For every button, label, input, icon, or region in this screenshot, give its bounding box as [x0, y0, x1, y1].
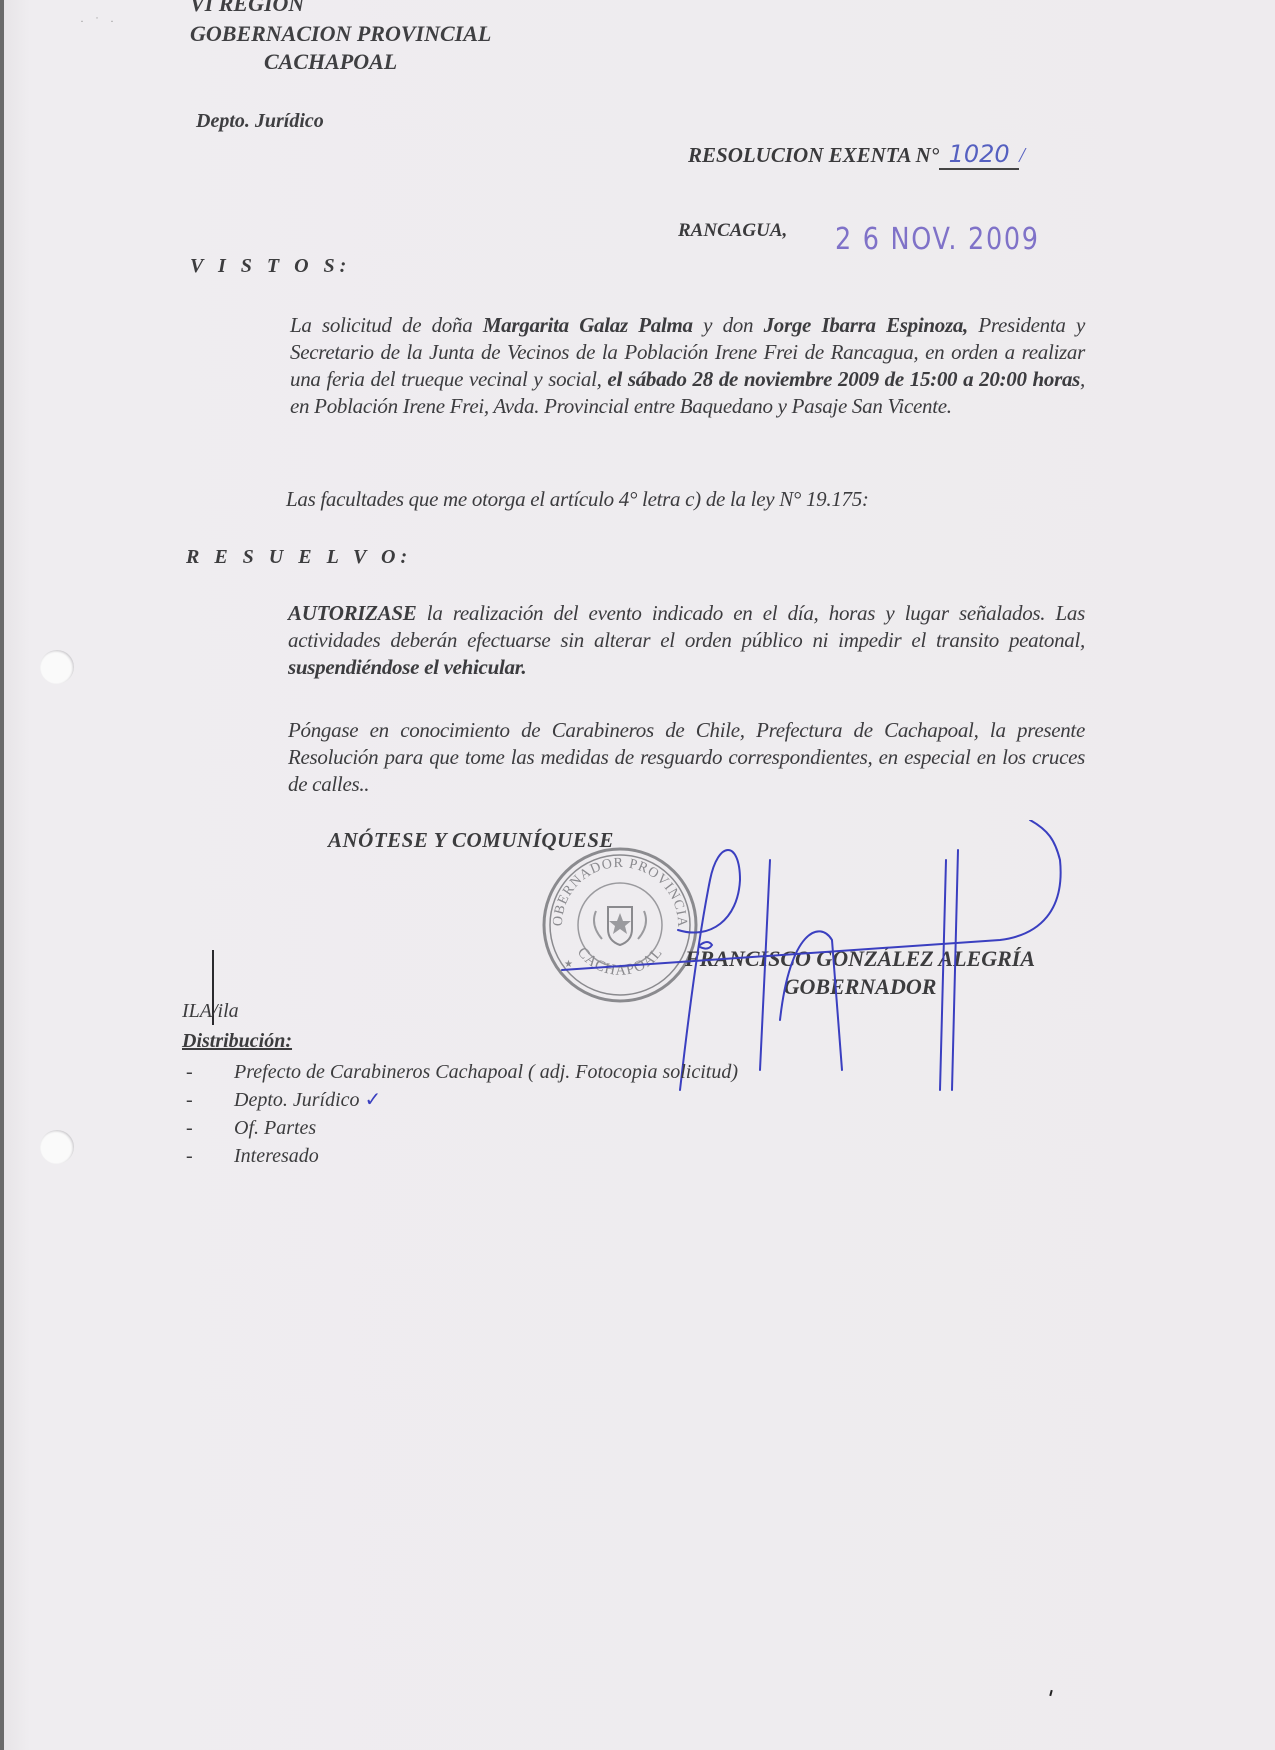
vistos-heading: V I S T O S: [190, 255, 351, 278]
list-item: Of. Partes [180, 1114, 738, 1142]
resuelvo-heading: R E S U E L V O: [186, 546, 412, 569]
resuelvo-paragraph: AUTORIZASE la realización del evento ind… [288, 600, 1085, 681]
legal-basis-paragraph: Las facultades que me otorga el artículo… [286, 486, 1086, 513]
list-item: Interesado [180, 1142, 738, 1170]
applicant-name: Jorge Ibarra Espinoza, [764, 313, 968, 337]
date-stamp: 2 6 NOV. 2009 [835, 222, 1040, 257]
resolution-title: RESOLUCION EXENTA N°1020/ [688, 140, 1025, 170]
list-item: Prefecto de Carabineros Cachapoal ( adj.… [180, 1058, 738, 1086]
scan-edge [0, 0, 4, 1750]
list-item: Depto. Jurídico ✓ [180, 1086, 738, 1114]
punch-hole-icon [40, 1130, 74, 1164]
applicant-name: Margarita Galaz Palma [483, 313, 693, 337]
city-label: RANCAGUA, [678, 220, 787, 242]
region-heading: VI REGION [190, 0, 304, 18]
province-heading: CACHAPOAL [264, 48, 397, 76]
office-heading: GOBERNACION PROVINCIAL [190, 20, 491, 48]
department-label: Depto. Jurídico [196, 110, 324, 133]
punch-hole-icon [40, 650, 74, 684]
signer-name: FRANCISCO GONZÁLEZ ALEGRÍA [640, 945, 1080, 973]
scan-mark [1049, 1690, 1052, 1696]
distribution-list: Prefecto de Carabineros Cachapoal ( adj.… [180, 1058, 738, 1170]
signer-title: GOBERNADOR [640, 973, 1080, 1001]
signer-block: FRANCISCO GONZÁLEZ ALEGRÍA GOBERNADOR [640, 945, 1080, 1001]
distribution-heading: Distribución: [182, 1030, 292, 1053]
event-datetime: el sábado 28 de noviembre 2009 de 15:00 … [607, 367, 1080, 391]
scanned-page: · ˙ · VI REGION GOBERNACION PROVINCIAL C… [0, 0, 1275, 1750]
resolution-label: RESOLUCION EXENTA N° [688, 143, 939, 167]
vistos-paragraph: La solicitud de doña Margarita Galaz Pal… [290, 312, 1085, 420]
svg-text:★: ★ [564, 959, 573, 970]
resolution-number: 1020 [939, 140, 1019, 170]
scan-specks: · ˙ · [80, 14, 118, 29]
check-mark-icon: ✓ [365, 1089, 382, 1111]
notification-paragraph: Póngase en conocimiento de Carabineros d… [288, 717, 1085, 798]
typist-initials: ILA/ila [182, 1000, 239, 1023]
